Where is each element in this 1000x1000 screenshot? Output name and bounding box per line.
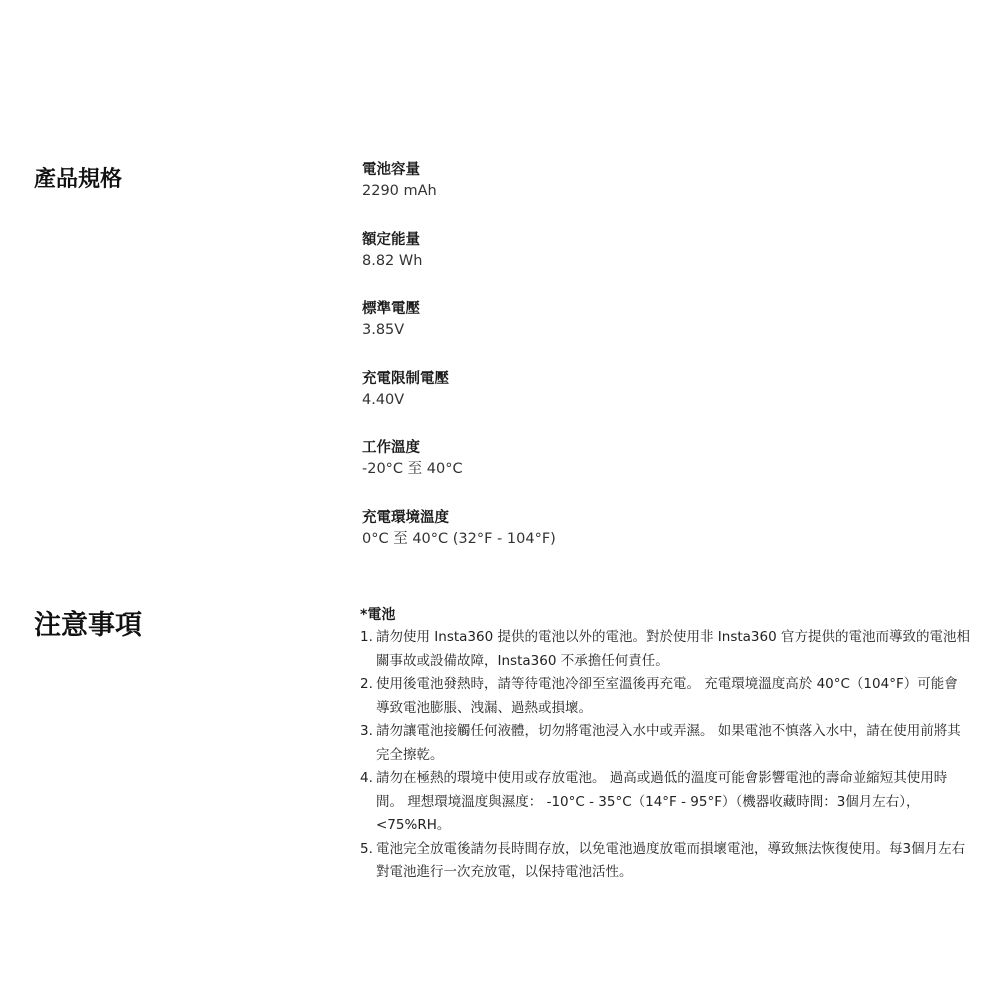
spec-label: 額定能量 xyxy=(362,230,556,250)
spec-value: -20°C 至 40°C xyxy=(362,458,556,480)
note-number: 4. xyxy=(360,767,373,791)
notes-body: *電池 1. 請勿使用 Insta360 提供的電池以外的電池。對於使用非 In… xyxy=(360,603,970,885)
spec-value: 3.85V xyxy=(362,319,556,341)
notes-list: 1. 請勿使用 Insta360 提供的電池以外的電池。對於使用非 Insta3… xyxy=(360,626,970,885)
note-item: 2. 使用後電池發熱時，請等待電池冷卻至室溫後再充電。 充電環境溫度高於 40°… xyxy=(360,673,970,720)
notes-title: 注意事項 xyxy=(34,603,142,642)
spec-item-battery-capacity: 電池容量 2290 mAh xyxy=(362,160,556,230)
specs-title: 產品規格 xyxy=(34,162,122,193)
note-item: 3. 請勿讓電池接觸任何液體，切勿將電池浸入水中或弄濕。 如果電池不慎落入水中，… xyxy=(360,720,970,767)
note-number: 2. xyxy=(360,673,373,697)
note-item: 4. 請勿在極熱的環境中使用或存放電池。 過高或過低的溫度可能會影響電池的壽命並… xyxy=(360,767,970,838)
spec-value: 8.82 Wh xyxy=(362,250,556,272)
spec-item-rated-energy: 額定能量 8.82 Wh xyxy=(362,230,556,300)
spec-item-charge-limit-voltage: 充電限制電壓 4.40V xyxy=(362,369,556,439)
spec-item-standard-voltage: 標準電壓 3.85V xyxy=(362,299,556,369)
spec-label: 電池容量 xyxy=(362,160,556,180)
spec-value: 2290 mAh xyxy=(362,180,556,202)
note-text: 請勿在極熱的環境中使用或存放電池。 過高或過低的溫度可能會影響電池的壽命並縮短其… xyxy=(376,770,947,833)
note-number: 1. xyxy=(360,626,373,650)
spec-item-charging-temperature: 充電環境溫度 0°C 至 40°C (32°F - 104°F) xyxy=(362,508,556,578)
note-number: 3. xyxy=(360,720,373,744)
notes-heading: *電池 xyxy=(360,604,970,626)
spec-item-operating-temperature: 工作溫度 -20°C 至 40°C xyxy=(362,438,556,508)
spec-label: 充電限制電壓 xyxy=(362,369,556,389)
note-text: 電池完全放電後請勿長時間存放，以免電池過度放電而損壞電池，導致無法恢復使用。每3… xyxy=(376,841,965,881)
note-text: 請勿讓電池接觸任何液體，切勿將電池浸入水中或弄濕。 如果電池不慎落入水中，請在使… xyxy=(376,723,961,763)
spec-value: 0°C 至 40°C (32°F - 104°F) xyxy=(362,528,556,550)
spec-list: 電池容量 2290 mAh 額定能量 8.82 Wh 標準電壓 3.85V 充電… xyxy=(362,160,556,577)
spec-label: 工作溫度 xyxy=(362,438,556,458)
spec-label: 標準電壓 xyxy=(362,299,556,319)
note-item: 5. 電池完全放電後請勿長時間存放，以免電池過度放電而損壞電池，導致無法恢復使用… xyxy=(360,838,970,885)
note-text: 使用後電池發熱時，請等待電池冷卻至室溫後再充電。 充電環境溫度高於 40°C（1… xyxy=(376,676,958,716)
note-text: 請勿使用 Insta360 提供的電池以外的電池。對於使用非 Insta360 … xyxy=(376,629,970,669)
note-number: 5. xyxy=(360,838,373,862)
note-item: 1. 請勿使用 Insta360 提供的電池以外的電池。對於使用非 Insta3… xyxy=(360,626,970,673)
spec-label: 充電環境溫度 xyxy=(362,508,556,528)
spec-value: 4.40V xyxy=(362,389,556,411)
